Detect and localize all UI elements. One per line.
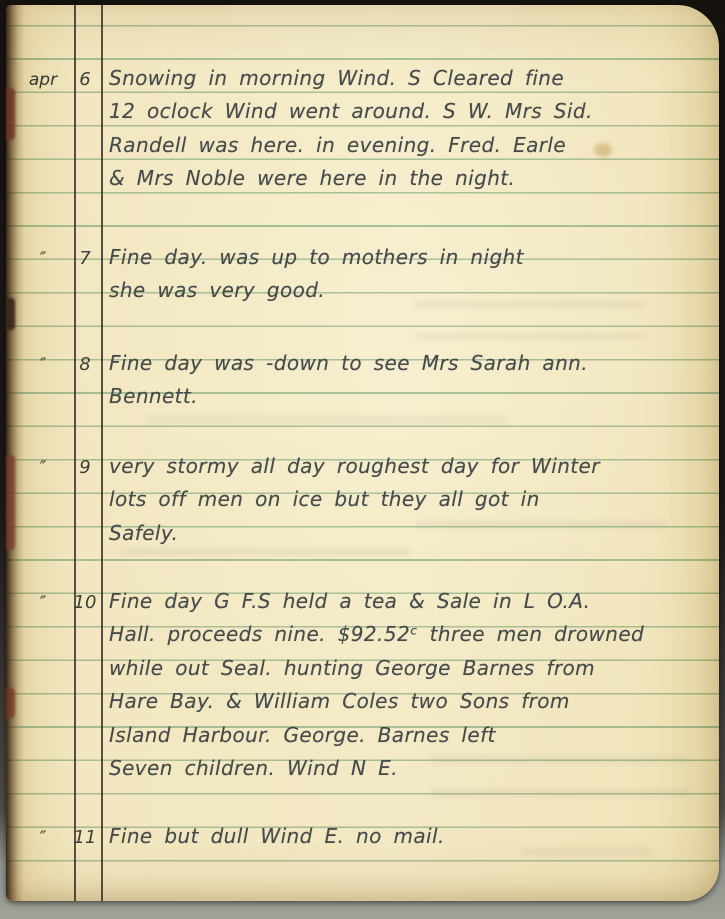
entry-day-number: 7: [72, 248, 98, 269]
entry-line: lots off men on ice but they all got in: [109, 483, 705, 516]
entry-text: Fine but dull Wind E. no mail.: [109, 820, 705, 853]
diary-entry: ″ 10 Fine day G F.S held a tea & Sale in…: [6, 585, 719, 785]
entry-line: Fine day was -down to see Mrs Sarah ann.: [109, 347, 705, 380]
entry-text: Fine day G F.S held a tea & Sale in L O.…: [109, 585, 705, 785]
entry-date-label: ″: [20, 593, 66, 613]
entry-day-number: 6: [72, 69, 98, 90]
entry-date-label: ″: [20, 458, 66, 478]
entry-date-label: apr: [20, 70, 66, 90]
entry-text: very stormy all day roughest day for Win…: [109, 450, 705, 550]
diary-entry: apr 6 Snowing in morning Wind. S Cleared…: [6, 62, 719, 196]
entry-line: 12 oclock Wind went around. S W. Mrs Sid…: [109, 95, 705, 128]
entry-line: Fine day. was up to mothers in night: [109, 241, 705, 274]
entry-date-label: ″: [20, 355, 66, 375]
diary-entry: ″ 8 Fine day was -down to see Mrs Sarah …: [6, 347, 719, 414]
entry-line: Seven children. Wind N E.: [109, 752, 705, 785]
entry-line: Island Harbour. George. Barnes left: [109, 719, 705, 752]
entry-day-number: 11: [72, 827, 98, 848]
entry-line: Safely.: [109, 517, 705, 550]
entry-day-number: 10: [72, 592, 98, 613]
entry-line: Fine day G F.S held a tea & Sale in L O.…: [109, 585, 705, 618]
entry-text: Fine day was -down to see Mrs Sarah ann.…: [109, 347, 705, 414]
entry-line: Snowing in morning Wind. S Cleared fine: [109, 62, 705, 95]
entry-day-number: 8: [72, 354, 98, 375]
entry-day-number: 9: [72, 457, 98, 478]
entry-date-label: ″: [20, 249, 66, 269]
entry-line: Hare Bay. & William Coles two Sons from: [109, 685, 705, 718]
entry-line: & Mrs Noble were here in the night.: [109, 162, 705, 195]
entry-line: Hall. proceeds nine. $92.52ᶜ three men d…: [109, 618, 705, 651]
entry-line: she was very good.: [109, 274, 705, 307]
entry-line: very stormy all day roughest day for Win…: [109, 450, 705, 483]
entry-date-label: ″: [20, 828, 66, 848]
entry-line: Fine but dull Wind E. no mail.: [109, 820, 705, 853]
entry-text: Snowing in morning Wind. S Cleared fine …: [109, 62, 705, 196]
notebook-page: apr 6 Snowing in morning Wind. S Cleared…: [6, 5, 719, 901]
entry-line: Randell was here. in evening. Fred. Earl…: [109, 129, 705, 162]
entry-line: while out Seal. hunting George Barnes fr…: [109, 652, 705, 685]
diary-entry: ″ 11 Fine but dull Wind E. no mail.: [6, 820, 719, 853]
diary-entry: ″ 9 very stormy all day roughest day for…: [6, 450, 719, 550]
entry-line: Bennett.: [109, 380, 705, 413]
diary-entry: ″ 7 Fine day. was up to mothers in night…: [6, 241, 719, 308]
entry-text: Fine day. was up to mothers in night she…: [109, 241, 705, 308]
